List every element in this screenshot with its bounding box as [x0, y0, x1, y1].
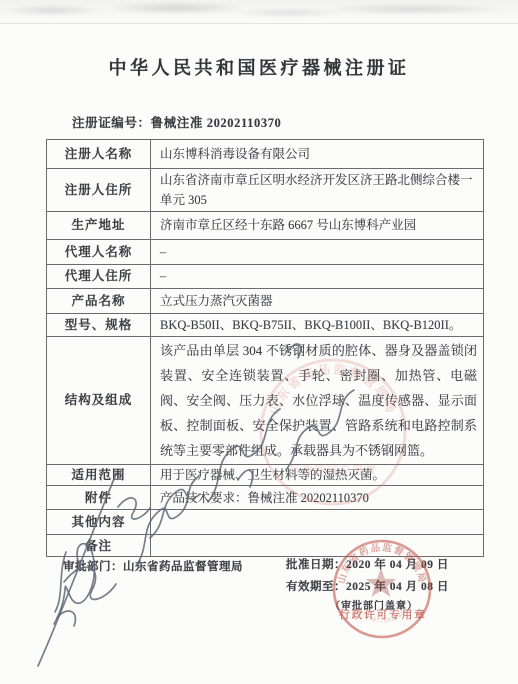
scan-artifact-band: [0, 0, 518, 24]
certificate-page: 中华人民共和国医疗器械注册证 注册证编号：鲁械注准 20202110370 注册…: [0, 0, 518, 684]
cert-number-value: 鲁械注准 20202110370: [151, 116, 282, 130]
cert-number-line: 注册证编号：鲁械注准 20202110370: [72, 113, 281, 131]
approval-date-value: 2020 年 04 月 09 日: [346, 559, 449, 571]
svg-text:370*077503440: 370*077503440: [357, 610, 407, 625]
approval-date-label: 批准日期：: [286, 559, 346, 571]
field-label: 型号、规格: [47, 314, 151, 337]
approval-department-value: 山东省药品监督管理局: [123, 561, 243, 573]
field-value: 山东省济南市章丘区明水经济开发区济王路北侧综合楼一单元 305: [151, 169, 484, 212]
table-row: 备注: [47, 535, 484, 557]
field-value: 立式压力蒸汽灭菌器: [151, 289, 484, 314]
seal-note: （审批部门盖章）: [330, 597, 418, 612]
field-value: [151, 510, 484, 535]
field-label: 注册人住所: [47, 169, 151, 212]
approval-department-line: 审批部门：山东省药品监督管理局: [63, 558, 243, 574]
table-row: 代理人名称–: [47, 240, 484, 265]
approval-department-label: 审批部门：: [63, 561, 123, 573]
field-label: 代理人名称: [47, 240, 151, 265]
table-row: 代理人住所–: [47, 265, 484, 289]
field-label: 附件: [47, 486, 151, 510]
field-value: BKQ-B50II、BKQ-B75II、BKQ-B100II、BKQ-B120I…: [151, 314, 484, 337]
table-row: 产品名称立式压力蒸汽灭菌器: [47, 289, 484, 314]
valid-until-value: 2025 年 04 月 08 日: [346, 581, 449, 593]
field-label: 注册人名称: [47, 140, 151, 169]
table-row: 结构及组成该产品由单层 304 不锈钢材质的腔体、器身及器盖锁闭装置、安全连锁装…: [47, 337, 484, 465]
registration-table: 注册人名称山东博科消毒设备有限公司 注册人住所山东省济南市章丘区明水经济开发区济…: [46, 139, 484, 557]
table-row: 适用范围用于医疗器械、卫生材料等的湿热灭菌。: [47, 465, 484, 486]
field-label: 其他内容: [47, 510, 151, 535]
official-seal-serial: 370*077503440: [357, 610, 407, 625]
field-label: 适用范围: [47, 465, 151, 486]
field-label: 备注: [47, 535, 151, 557]
field-value: 山东博科消毒设备有限公司: [151, 140, 484, 169]
table-row: 附件产品技术要求：鲁械注准 20202110370: [47, 486, 484, 510]
field-value: –: [151, 240, 484, 265]
valid-until-label: 有效期至：: [286, 581, 346, 593]
field-label: 生产地址: [47, 212, 151, 240]
field-value: 该产品由单层 304 不锈钢材质的腔体、器身及器盖锁闭装置、安全连锁装置、手轮、…: [151, 337, 484, 465]
field-label: 产品名称: [47, 289, 151, 314]
table-row: 生产地址济南市章丘区经十东路 6667 号山东博科产业园: [47, 212, 484, 240]
table-row: 注册人名称山东博科消毒设备有限公司: [47, 140, 484, 169]
field-value: 济南市章丘区经十东路 6667 号山东博科产业园: [151, 212, 484, 240]
valid-until-line: 有效期至：2025 年 04 月 08 日: [286, 578, 449, 594]
approval-date-line: 批准日期：2020 年 04 月 09 日: [286, 556, 449, 572]
table-row: 其他内容: [47, 510, 484, 535]
table-row: 注册人住所山东省济南市章丘区明水经济开发区济王路北侧综合楼一单元 305: [47, 169, 484, 212]
field-value: [151, 535, 484, 557]
field-value: 产品技术要求：鲁械注准 20202110370: [151, 486, 484, 510]
document-title: 中华人民共和国医疗器械注册证: [0, 54, 518, 80]
field-label: 结构及组成: [47, 337, 151, 465]
table-row: 型号、规格BKQ-B50II、BKQ-B75II、BKQ-B100II、BKQ-…: [47, 314, 484, 337]
field-label: 代理人住所: [47, 265, 151, 289]
cert-number-label: 注册证编号：: [72, 116, 151, 130]
field-value: –: [151, 265, 484, 289]
field-value: 用于医疗器械、卫生材料等的湿热灭菌。: [151, 465, 484, 486]
